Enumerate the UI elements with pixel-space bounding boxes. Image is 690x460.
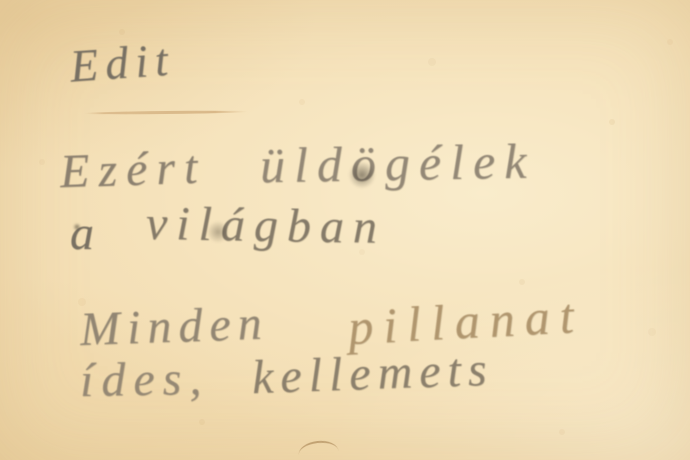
cutoff-next-line-stroke <box>297 439 338 455</box>
title-underline <box>84 110 248 115</box>
handwritten-note-photo: Edit Ezért üldögélek a világban Minden p… <box>0 0 690 460</box>
word-minden: Minden <box>79 300 269 355</box>
note-title: Edit <box>69 36 177 89</box>
word-ides: ídes, <box>80 355 210 405</box>
word-a: a <box>70 210 96 258</box>
pencil-smudge <box>204 220 232 244</box>
word-kellemets: kellemets <box>251 346 494 402</box>
word-ezert: Ezért <box>59 143 207 196</box>
word-vilagban: világban <box>146 200 387 252</box>
paper-texture-specks <box>0 0 4 4</box>
pencil-speck <box>73 223 81 231</box>
pencil-smudge <box>346 160 378 190</box>
word-uldogelek: üldögélek <box>260 136 536 191</box>
